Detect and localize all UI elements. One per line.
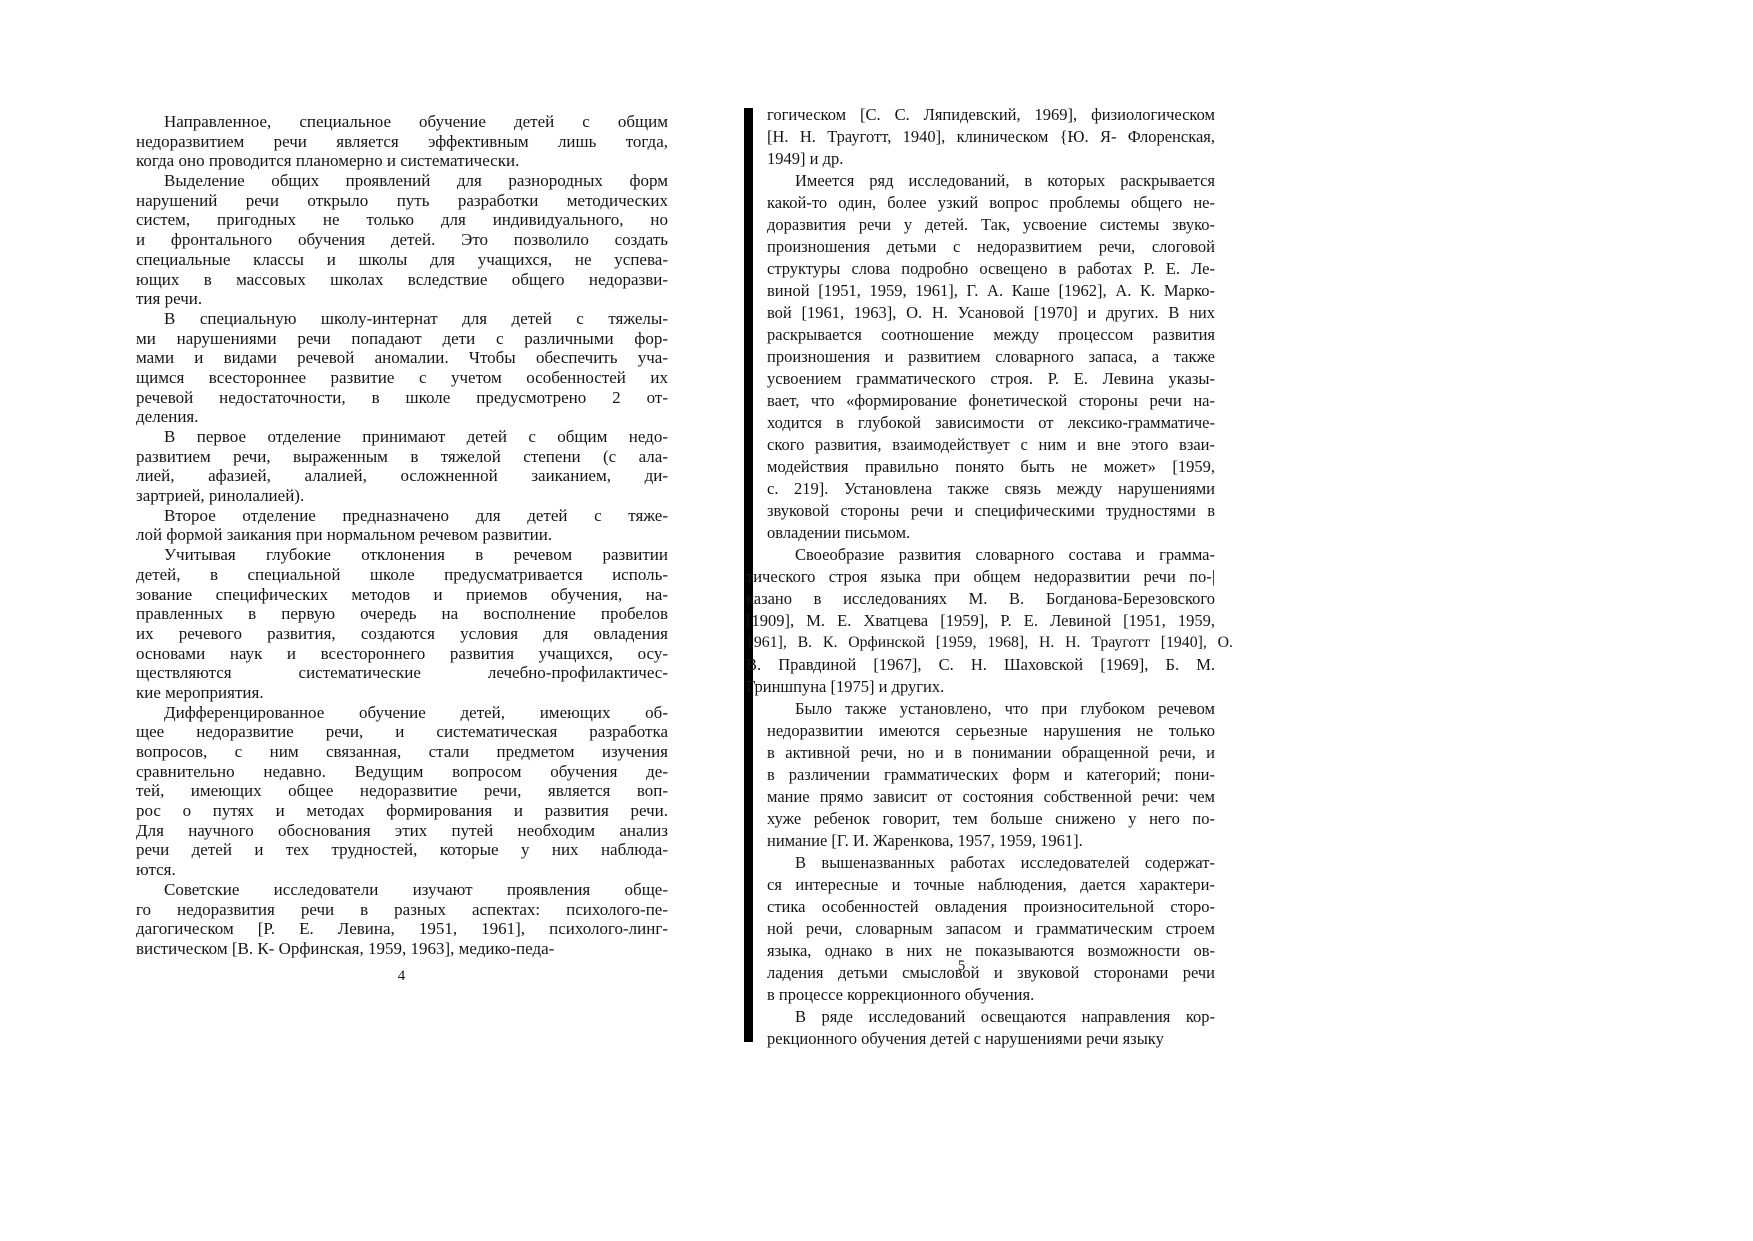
text-line: произношения детьми с недоразвитием речи… (767, 236, 1215, 258)
text-line: усвоением грамматического строя. Р. Е. Л… (767, 368, 1215, 390)
page-left-text-column: Направленное, специальное обучение детей… (136, 112, 668, 959)
text-line: в процессе коррекционного обучения. (767, 984, 1215, 1006)
text-line: В первое отделение принимают детей с общ… (136, 427, 668, 447)
text-line: Учитывая глубокие отклонения в речевом р… (136, 545, 668, 565)
text-line: тического строя языка при общем недоразв… (746, 566, 1215, 588)
text-line: Гриншпуна [1975] и других. (746, 676, 1215, 698)
text-line: нарушений речи открыло путь разработки м… (136, 191, 668, 211)
text-line: ющих в массовых школах вследствие общего… (136, 270, 668, 290)
text-line: вистическом [В. К- Орфинская, 1959, 1963… (136, 939, 668, 959)
text-line: Имеется ряд исследований, в которых раск… (767, 170, 1215, 192)
text-line: произношения и развитием словарного запа… (767, 346, 1215, 368)
text-line: недоразвитием речи является эффективным … (136, 132, 668, 152)
text-line: структуры слова подробно освещено в рабо… (767, 258, 1215, 280)
text-line: звуковой стороны речи и специфическими т… (767, 500, 1215, 522)
text-line: Направленное, специальное обучение детей… (136, 112, 668, 132)
text-line: вопросов, с ним связанная, стали предмет… (136, 742, 668, 762)
text-line: В специальную школу-интернат для детей с… (136, 309, 668, 329)
text-line: го недоразвития речи в разных аспектах: … (136, 900, 668, 920)
text-line: рекционного обучения детей с нарушениями… (767, 1028, 1215, 1050)
text-line: какой-то один, более узкий вопрос пробле… (767, 192, 1215, 214)
text-line: В вышеназванных работах исследователей с… (767, 852, 1215, 874)
text-line: рос о путях и методах формирования и раз… (136, 801, 668, 821)
text-line: В. Правдиной [1967], С. Н. Шаховской [19… (746, 654, 1215, 676)
text-line: Выделение общих проявлений для разнородн… (136, 171, 668, 191)
text-line: щее недоразвитие речи, и систематическая… (136, 722, 668, 742)
page-right-text-column: гогическом [С. С. Ляпидевский, 1969], фи… (767, 104, 1215, 1050)
book-spread: Направленное, специальное обучение детей… (0, 0, 1753, 1241)
text-line: правленных в первую очередь на восполнен… (136, 604, 668, 624)
text-line: ского развития, взаимодействует с ним и … (767, 434, 1215, 456)
text-line: лией, афазией, алалией, осложненной заик… (136, 466, 668, 486)
text-line: лой формой заикания при нормальном речев… (136, 525, 668, 545)
text-line: модействия правильно понято быть не може… (767, 456, 1215, 478)
text-line: ми нарушениями речи попадают дети с разл… (136, 329, 668, 349)
text-line: речи детей и тех трудностей, которые у н… (136, 840, 668, 860)
text-line: систем, пригодных не только для индивиду… (136, 210, 668, 230)
text-line: сравнительно недавно. Ведущим вопросом о… (136, 762, 668, 782)
text-line: и фронтального обучения детей. Это позво… (136, 230, 668, 250)
text-line: вает, что «формирование фонетической сто… (767, 390, 1215, 412)
text-line: ходится в глубокой зависимости от лексик… (767, 412, 1215, 434)
text-line: основами наук и всестороннего развития у… (136, 644, 668, 664)
text-line: кие мероприятия. (136, 683, 668, 703)
text-line: овладении письмом. (767, 522, 1215, 544)
text-line: ся интересные и точные наблюдения, даетс… (767, 874, 1215, 896)
text-line: речевой недостаточности, в школе предусм… (136, 388, 668, 408)
text-line: [Н. Н. Трауготт, 1940], клиническом {Ю. … (767, 126, 1215, 148)
text-line: мами и видами речевой аномалии. Чтобы об… (136, 348, 668, 368)
text-line: в различении грамматических форм и катег… (767, 764, 1215, 786)
text-line: с. 219]. Установлена также связь между н… (767, 478, 1215, 500)
text-line: Своеобразие развития словарного состава … (767, 544, 1215, 566)
text-line: виной [1951, 1959, 1961], Г. А. Каше [19… (767, 280, 1215, 302)
text-line: ной речи, словарным запасом и грамматиче… (767, 918, 1215, 940)
text-line: недоразвитии имеются серьезные нарушения… (767, 720, 1215, 742)
text-line: [1909], М. Е. Хватцева [1959], Р. Е. Лев… (746, 610, 1215, 632)
text-line: дагогическом [Р. Е. Левина, 1951, 1961],… (136, 919, 668, 939)
text-line: тия речи. (136, 289, 668, 309)
text-line: 1961], В. К. Орфинской [1959, 1968], Н. … (746, 632, 1233, 654)
text-line: щимся всестороннее развитие с учетом осо… (136, 368, 668, 388)
page-number-right: 5 (767, 958, 1157, 975)
text-line: зование специфических методов и приемов … (136, 585, 668, 605)
text-line: 1949] и др. (767, 148, 1215, 170)
text-line: когда оно проводится планомерно и систем… (136, 151, 668, 171)
text-line: нимание [Г. И. Жаренкова, 1957, 1959, 19… (767, 830, 1215, 852)
text-line: доразвития речи у детей. Так, усвоение с… (767, 214, 1215, 236)
text-line: ются. (136, 860, 668, 880)
text-line: Второе отделение предназначено для детей… (136, 506, 668, 526)
text-line: детей, в специальной школе предусматрива… (136, 565, 668, 585)
text-line: специальные классы и школы для учащихся,… (136, 250, 668, 270)
text-line: Дифференцированное обучение детей, имеющ… (136, 703, 668, 723)
text-line: вой [1961, 1963], О. Н. Усановой [1970] … (767, 302, 1215, 324)
text-line: Было также установлено, что при глубоком… (767, 698, 1215, 720)
text-line: Советские исследователи изучают проявлен… (136, 880, 668, 900)
text-line: зартрией, ринолалией). (136, 486, 668, 506)
text-line: В ряде исследований освещаются направлен… (767, 1006, 1215, 1028)
text-line: развитием речи, выраженным в тяжелой сте… (136, 447, 668, 467)
text-line: хуже ребенок говорит, тем больше снижено… (767, 808, 1215, 830)
text-line: их речевого развития, создаются условия … (136, 624, 668, 644)
text-line: раскрывается соотношение между процессом… (767, 324, 1215, 346)
text-line: казано в исследованиях М. В. Богданова-Б… (746, 588, 1215, 610)
text-line: ществляются систематические лечебно-проф… (136, 663, 668, 683)
text-line: в активной речи, но и в понимании обраще… (767, 742, 1215, 764)
text-line: мание прямо зависит от состояния собстве… (767, 786, 1215, 808)
text-line: стика особенностей овладения произносите… (767, 896, 1215, 918)
text-line: Для научного обоснования этих путей необ… (136, 821, 668, 841)
text-line: деления. (136, 407, 668, 427)
page-number-left: 4 (136, 968, 668, 985)
text-line: тей, имеющих общее недоразвитие речи, яв… (136, 781, 668, 801)
text-line: гогическом [С. С. Ляпидевский, 1969], фи… (767, 104, 1215, 126)
